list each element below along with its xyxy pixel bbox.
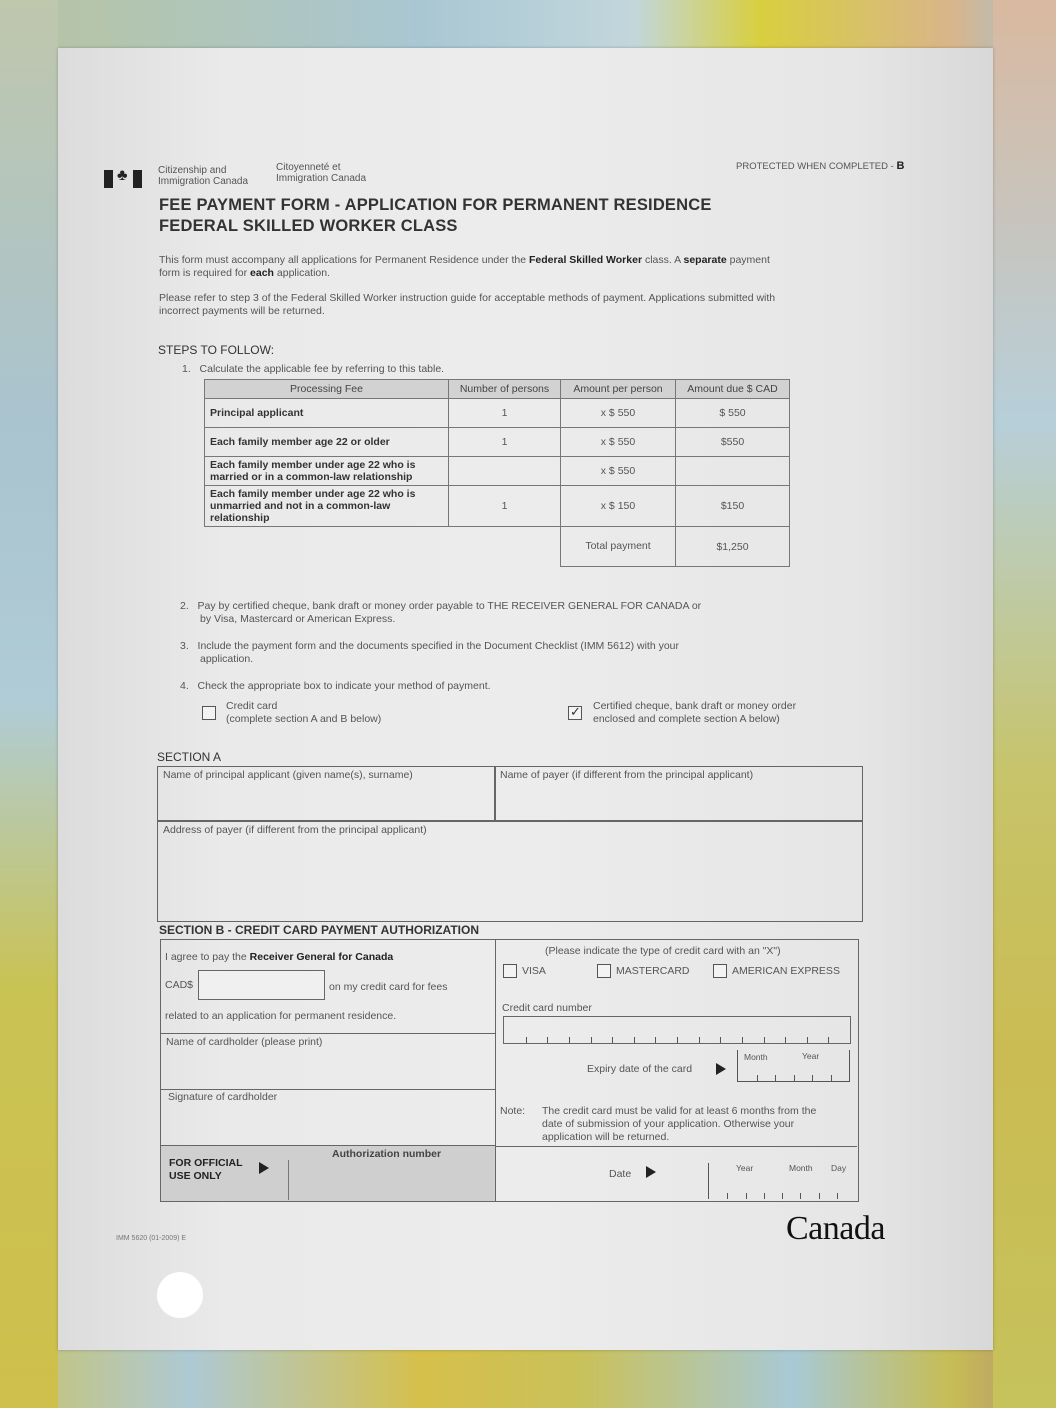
cardholder-signature-field[interactable]: Signature of cardholder	[160, 1089, 495, 1145]
total-row: Total payment $1,250	[205, 527, 790, 567]
table-row: Principal applicant 1 x $ 550 $ 550	[205, 399, 790, 428]
protected-label: PROTECTED WHEN COMPLETED - B	[736, 160, 904, 173]
card-number-label: Credit card number	[502, 1002, 592, 1015]
fees-text: on my credit card for fees	[329, 981, 447, 994]
check-mark-icon: ✓	[570, 704, 581, 720]
protected-level: B	[896, 160, 904, 172]
credit-card-option-label: Credit card (complete section A and B be…	[226, 700, 381, 726]
date-month-label: Month	[789, 1162, 813, 1175]
cad-amount-input[interactable]	[198, 970, 325, 1000]
note-label: Note:	[500, 1105, 525, 1118]
map-background-bottom	[0, 1350, 1056, 1408]
authorization-number-field[interactable]	[290, 1162, 494, 1198]
canada-flag-logo: ♣	[104, 170, 142, 188]
payer-address-field[interactable]: Address of payer (if different from the …	[157, 820, 863, 922]
date-year-label: Year	[736, 1162, 753, 1175]
step-4: 4. Check the appropriate box to indicate…	[180, 680, 491, 693]
credit-card-checkbox[interactable]	[202, 706, 216, 720]
table-row: Each family member under age 22 who is u…	[205, 486, 790, 527]
canada-wordmark: Canada	[786, 1210, 885, 1248]
section-a-heading: SECTION A	[157, 750, 221, 764]
agree-text: I agree to pay the Receiver General for …	[165, 951, 393, 964]
punched-hole	[157, 1272, 203, 1318]
dept-name-en: Citizenship and Immigration Canada	[158, 165, 248, 187]
date-day-label: Day	[831, 1162, 846, 1175]
table-row: Each family member under age 22 who is m…	[205, 457, 790, 486]
cad-label: CAD$	[165, 979, 193, 992]
card-number-input[interactable]	[503, 1016, 851, 1044]
fee-table: Processing Fee Number of persons Amount …	[204, 379, 790, 567]
arrow-right-icon	[646, 1166, 656, 1178]
form-title: FEE PAYMENT FORM - APPLICATION FOR PERMA…	[159, 195, 712, 237]
amex-checkbox[interactable]	[713, 964, 727, 978]
card-type-instruction: (Please indicate the type of credit card…	[545, 945, 781, 958]
related-text: related to an application for permanent …	[165, 1010, 396, 1023]
visa-label: VISA	[522, 965, 546, 978]
cardholder-name-field[interactable]: Name of cardholder (please print)	[160, 1033, 495, 1089]
expiry-label: Expiry date of the card	[587, 1063, 692, 1076]
authorization-number-label: Authorization number	[332, 1148, 441, 1161]
total-label: Total payment	[561, 527, 676, 567]
dept-name-fr: Citoyenneté et Immigration Canada	[276, 162, 366, 184]
cheque-option-label: Certified cheque, bank draft or money or…	[593, 700, 796, 726]
principal-applicant-name-field[interactable]: Name of principal applicant (given name(…	[157, 766, 496, 822]
expiry-year-label: Year	[802, 1050, 819, 1063]
official-use-label: FOR OFFICIAL USE ONLY	[169, 1157, 243, 1183]
form-code: IMM 5620 (01-2009) E	[116, 1232, 186, 1245]
total-value[interactable]: $1,250	[676, 527, 790, 567]
map-background-top	[0, 0, 1056, 48]
step-1: 1. Calculate the applicable fee by refer…	[182, 363, 444, 376]
step-3: 3. Include the payment form and the docu…	[180, 640, 679, 666]
map-background-left	[0, 0, 58, 1408]
date-label: Date	[609, 1168, 631, 1181]
visa-checkbox[interactable]	[503, 964, 517, 978]
note-text: The credit card must be valid for at lea…	[542, 1105, 816, 1144]
arrow-right-icon	[259, 1162, 269, 1174]
expiry-month-label: Month	[744, 1051, 768, 1064]
payer-name-field[interactable]: Name of payer (if different from the pri…	[494, 766, 863, 822]
section-b-heading: SECTION B - CREDIT CARD PAYMENT AUTHORIZ…	[159, 923, 479, 937]
step-2: 2. Pay by certified cheque, bank draft o…	[180, 600, 701, 626]
fee-table-header: Processing Fee Number of persons Amount …	[205, 380, 790, 399]
map-background-right	[993, 0, 1056, 1408]
mastercard-label: MASTERCARD	[616, 965, 690, 978]
mastercard-checkbox[interactable]	[597, 964, 611, 978]
intro-paragraph-2: Please refer to step 3 of the Federal Sk…	[159, 292, 869, 318]
arrow-right-icon	[716, 1063, 726, 1075]
section-b-divider	[495, 939, 496, 1201]
table-row: Each family member age 22 or older 1 x $…	[205, 428, 790, 457]
cheque-checkbox[interactable]: ✓	[568, 706, 582, 720]
steps-heading: STEPS TO FOLLOW:	[158, 343, 274, 357]
amex-label: AMERICAN EXPRESS	[732, 965, 840, 978]
intro-paragraph-1: This form must accompany all application…	[159, 254, 864, 280]
